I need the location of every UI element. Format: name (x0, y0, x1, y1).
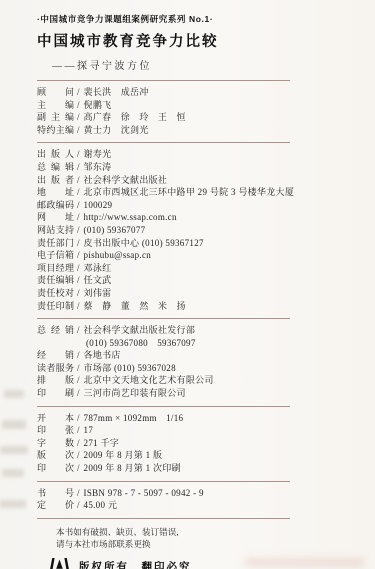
row-value: (010) 59367077 (84, 225, 146, 235)
row-label: 经销 (37, 349, 74, 362)
row-label: 读者服务 (37, 362, 74, 375)
row-value: 邓泳红 (84, 263, 112, 273)
info-row: 特约主编/黄士力 沈剑光 (37, 124, 375, 137)
separator-rule (37, 518, 290, 519)
section-publishing: 出版人/谢寿光总编辑/邹东涛出版者/社会科学文献出版社地址/北京市西城区北三环中… (0, 143, 375, 318)
info-row: 印刷/三河市尚艺印装有限公司 (37, 387, 375, 400)
row-label: 主编 (37, 99, 74, 112)
info-row: 项目经理/邓泳红 (37, 262, 375, 275)
row-value: 2009 年 8 月第 1 版 (84, 450, 163, 460)
label-value-separator: / (77, 237, 80, 250)
row-value: 黄士力 沈剑光 (84, 125, 149, 135)
info-row: 地址/北京市西城区北三环中路甲 29 号院 3 号楼华龙大厦 (37, 186, 375, 199)
info-row: 排版/北京中文天地文化艺术有限公司 (37, 374, 375, 387)
row-value: 社会科学文献出版社 (84, 175, 168, 185)
info-row: 副主编/高广春 徐 玲 王 恒 (37, 111, 375, 124)
label-value-separator: / (77, 374, 80, 387)
label-value-separator: / (77, 412, 80, 425)
label-value-separator: / (77, 249, 80, 262)
info-row: 开本/787mm × 1092mm 1/16 (37, 412, 375, 425)
label-value-separator: / (77, 487, 80, 500)
section-format: 开本/787mm × 1092mm 1/16印张/17字数/271 千字版次/2… (0, 407, 375, 481)
info-row: 版次/2009 年 8 月第 1 版 (37, 449, 375, 462)
label-value-separator: / (77, 362, 80, 375)
row-label: 书号 (37, 487, 74, 500)
label-value-separator: / (77, 124, 80, 137)
label-value-separator: / (77, 349, 80, 362)
bleedthrough-artifact (0, 446, 28, 454)
row-value: 高广春 徐 玲 王 恒 (84, 112, 186, 122)
row-value: 任文武 (84, 275, 112, 285)
info-row: 电子信箱/pishubu@ssap.cn (37, 249, 375, 262)
info-row: 责任校对/刘伟雷 (37, 287, 375, 300)
label-value-separator: / (77, 274, 80, 287)
info-row: 经销/各地书店 (37, 349, 375, 362)
info-row: 印张/17 (37, 424, 375, 437)
row-label: 地址 (37, 186, 74, 199)
row-label: 特约主编 (37, 124, 74, 137)
row-label: 总经销 (37, 324, 74, 337)
info-row: 读者服务/市场部 (010) 59367028 (37, 362, 375, 375)
info-row: 顾问/裴长洪 成岳冲 (37, 86, 375, 99)
bleedthrough-artifact (4, 390, 24, 398)
row-label: 排版 (37, 374, 74, 387)
row-value: ISBN 978 - 7 - 5097 - 0942 - 9 (84, 488, 204, 498)
label-value-separator: / (77, 300, 80, 313)
row-label: 邮政编码 (37, 199, 74, 212)
info-row: 定价/45.00 元 (37, 499, 375, 512)
info-row: 责任编辑/任文武 (37, 274, 375, 287)
row-value: http://www.ssap.com.cn (84, 212, 177, 222)
row-value: 45.00 元 (84, 500, 118, 510)
row-label: 开本 (37, 412, 74, 425)
colophon-sections: 顾问/裴长洪 成岳冲主编/倪鹏飞副主编/高广春 徐 玲 王 恒特约主编/黄士力 … (0, 81, 375, 519)
row-label: 印张 (37, 424, 74, 437)
row-label: 出版人 (37, 148, 74, 161)
row-label: 责任校对 (37, 287, 74, 300)
info-row: 总编辑/邹东涛 (37, 161, 375, 174)
label-value-separator: / (77, 186, 80, 199)
row-value: 裴长洪 成岳冲 (84, 87, 149, 97)
label-value-separator: / (77, 199, 80, 212)
row-label: 版次 (37, 449, 74, 462)
info-row: 出版人/谢寿光 (37, 148, 375, 161)
bleedthrough-artifact (2, 420, 26, 429)
book-header: ·中国城市竞争力课题组案例研究系列 No.1· 中国城市教育竞争力比较 ——探寻… (0, 0, 375, 72)
label-value-separator: / (77, 174, 80, 187)
row-value: 北京市西城区北三环中路甲 29 号院 3 号楼华龙大厦 (84, 187, 295, 197)
series-line: ·中国城市竞争力课题组案例研究系列 No.1· (37, 13, 375, 25)
row-label: 字数 (37, 437, 74, 450)
notice-line: 请与本社市场部联系更换 (56, 538, 375, 551)
row-label: 网站支持 (37, 224, 74, 237)
row-label: 责任印制 (37, 300, 74, 313)
row-label: 总编辑 (37, 161, 74, 174)
label-value-separator: / (77, 161, 80, 174)
row-value: 100029 (84, 200, 113, 210)
label-value-separator: / (77, 86, 80, 99)
damage-notice: 本书如有破损、缺页、装订错误, 请与本社市场部联系更换 (56, 526, 375, 551)
label-value-separator: / (77, 224, 80, 237)
label-value-separator: / (77, 437, 80, 450)
ssap-publisher-logo-icon (49, 558, 70, 569)
info-row: 印次/2009 年 8 月第 1 次印刷 (37, 462, 375, 475)
scan-stain-artifact (245, 558, 365, 567)
section-editorial-board: 顾问/裴长洪 成岳冲主编/倪鹏飞副主编/高广春 徐 玲 王 恒特约主编/黄士力 … (0, 81, 375, 142)
info-row: 网站支持/(010) 59367077 (37, 224, 375, 237)
label-value-separator: / (77, 449, 80, 462)
book-subtitle: ——探寻宁波方位 (52, 57, 375, 72)
bleedthrough-artifact (2, 469, 24, 477)
info-row: 网址/http://www.ssap.com.cn (37, 211, 375, 224)
label-value-separator: / (77, 499, 80, 512)
info-row: 邮政编码/100029 (37, 199, 375, 212)
label-value-separator: / (77, 387, 80, 400)
info-row: 主编/倪鹏飞 (37, 99, 375, 112)
info-row: 字数/271 千字 (37, 437, 375, 450)
info-row: 责任印制/蔡 静 董 然 米 扬 (37, 300, 375, 313)
row-label: 印次 (37, 462, 74, 475)
row-value: 787mm × 1092mm 1/16 (84, 413, 184, 423)
row-label: 责任部门 (37, 237, 74, 250)
row-label: 电子信箱 (37, 249, 74, 262)
info-row: 书号/ISBN 978 - 7 - 5097 - 0942 - 9 (37, 487, 375, 500)
row-value: 刘伟雷 (84, 288, 112, 298)
row-value: 2009 年 8 月第 1 次印刷 (84, 463, 181, 473)
row-label: 网址 (37, 211, 74, 224)
row-label: 副主编 (37, 111, 74, 124)
row-value-continuation: (010) 59367080 59367097 (37, 337, 375, 350)
row-value: 皮书出版中心 (010) 59367127 (84, 238, 204, 248)
copyright-statement: 版权所有 翻印必究 (79, 559, 192, 569)
row-value: 271 千字 (84, 438, 120, 448)
colophon-page: ·中国城市竞争力课题组案例研究系列 No.1· 中国城市教育竞争力比较 ——探寻… (0, 0, 375, 569)
row-value: 蔡 静 董 然 米 扬 (84, 301, 186, 311)
row-value: 倪鹏飞 (84, 100, 112, 110)
bleedthrough-artifact (0, 500, 26, 508)
section-isbn-price: 书号/ISBN 978 - 7 - 5097 - 0942 - 9定价/45.0… (0, 482, 375, 518)
row-value: pishubu@ssap.cn (84, 250, 152, 260)
row-value: 各地书店 (84, 350, 121, 360)
row-value: 17 (84, 425, 94, 435)
row-label: 项目经理 (37, 262, 74, 275)
label-value-separator: / (77, 262, 80, 275)
label-value-separator: / (77, 148, 80, 161)
info-row: 总经销/社会科学文献出版社发行部 (37, 324, 375, 337)
label-value-separator: / (77, 211, 80, 224)
label-value-separator: / (77, 462, 80, 475)
row-label: 责任编辑 (37, 274, 74, 287)
row-label: 定价 (37, 499, 74, 512)
label-value-separator: / (77, 99, 80, 112)
row-value: 邹东涛 (84, 162, 112, 172)
label-value-separator: / (77, 424, 80, 437)
section-distribution: 总经销/社会科学文献出版社发行部(010) 59367080 59367097经… (0, 319, 375, 406)
row-label: 顾问 (37, 86, 74, 99)
row-value: 社会科学文献出版社发行部 (84, 325, 196, 335)
info-row: 责任部门/皮书出版中心 (010) 59367127 (37, 237, 375, 250)
row-label: 出版者 (37, 174, 74, 187)
row-value: 谢寿光 (84, 149, 112, 159)
label-value-separator: / (77, 324, 80, 337)
book-title: 中国城市教育竞争力比较 (37, 30, 375, 51)
label-value-separator: / (77, 111, 80, 124)
row-value: 市场部 (010) 59367028 (84, 363, 176, 373)
notice-line: 本书如有破损、缺页、装订错误, (56, 526, 375, 539)
label-value-separator: / (77, 287, 80, 300)
info-row: 出版者/社会科学文献出版社 (37, 174, 375, 187)
row-label: 印刷 (37, 387, 74, 400)
row-value: 三河市尚艺印装有限公司 (84, 388, 186, 398)
row-value: 北京中文天地文化艺术有限公司 (84, 375, 214, 385)
